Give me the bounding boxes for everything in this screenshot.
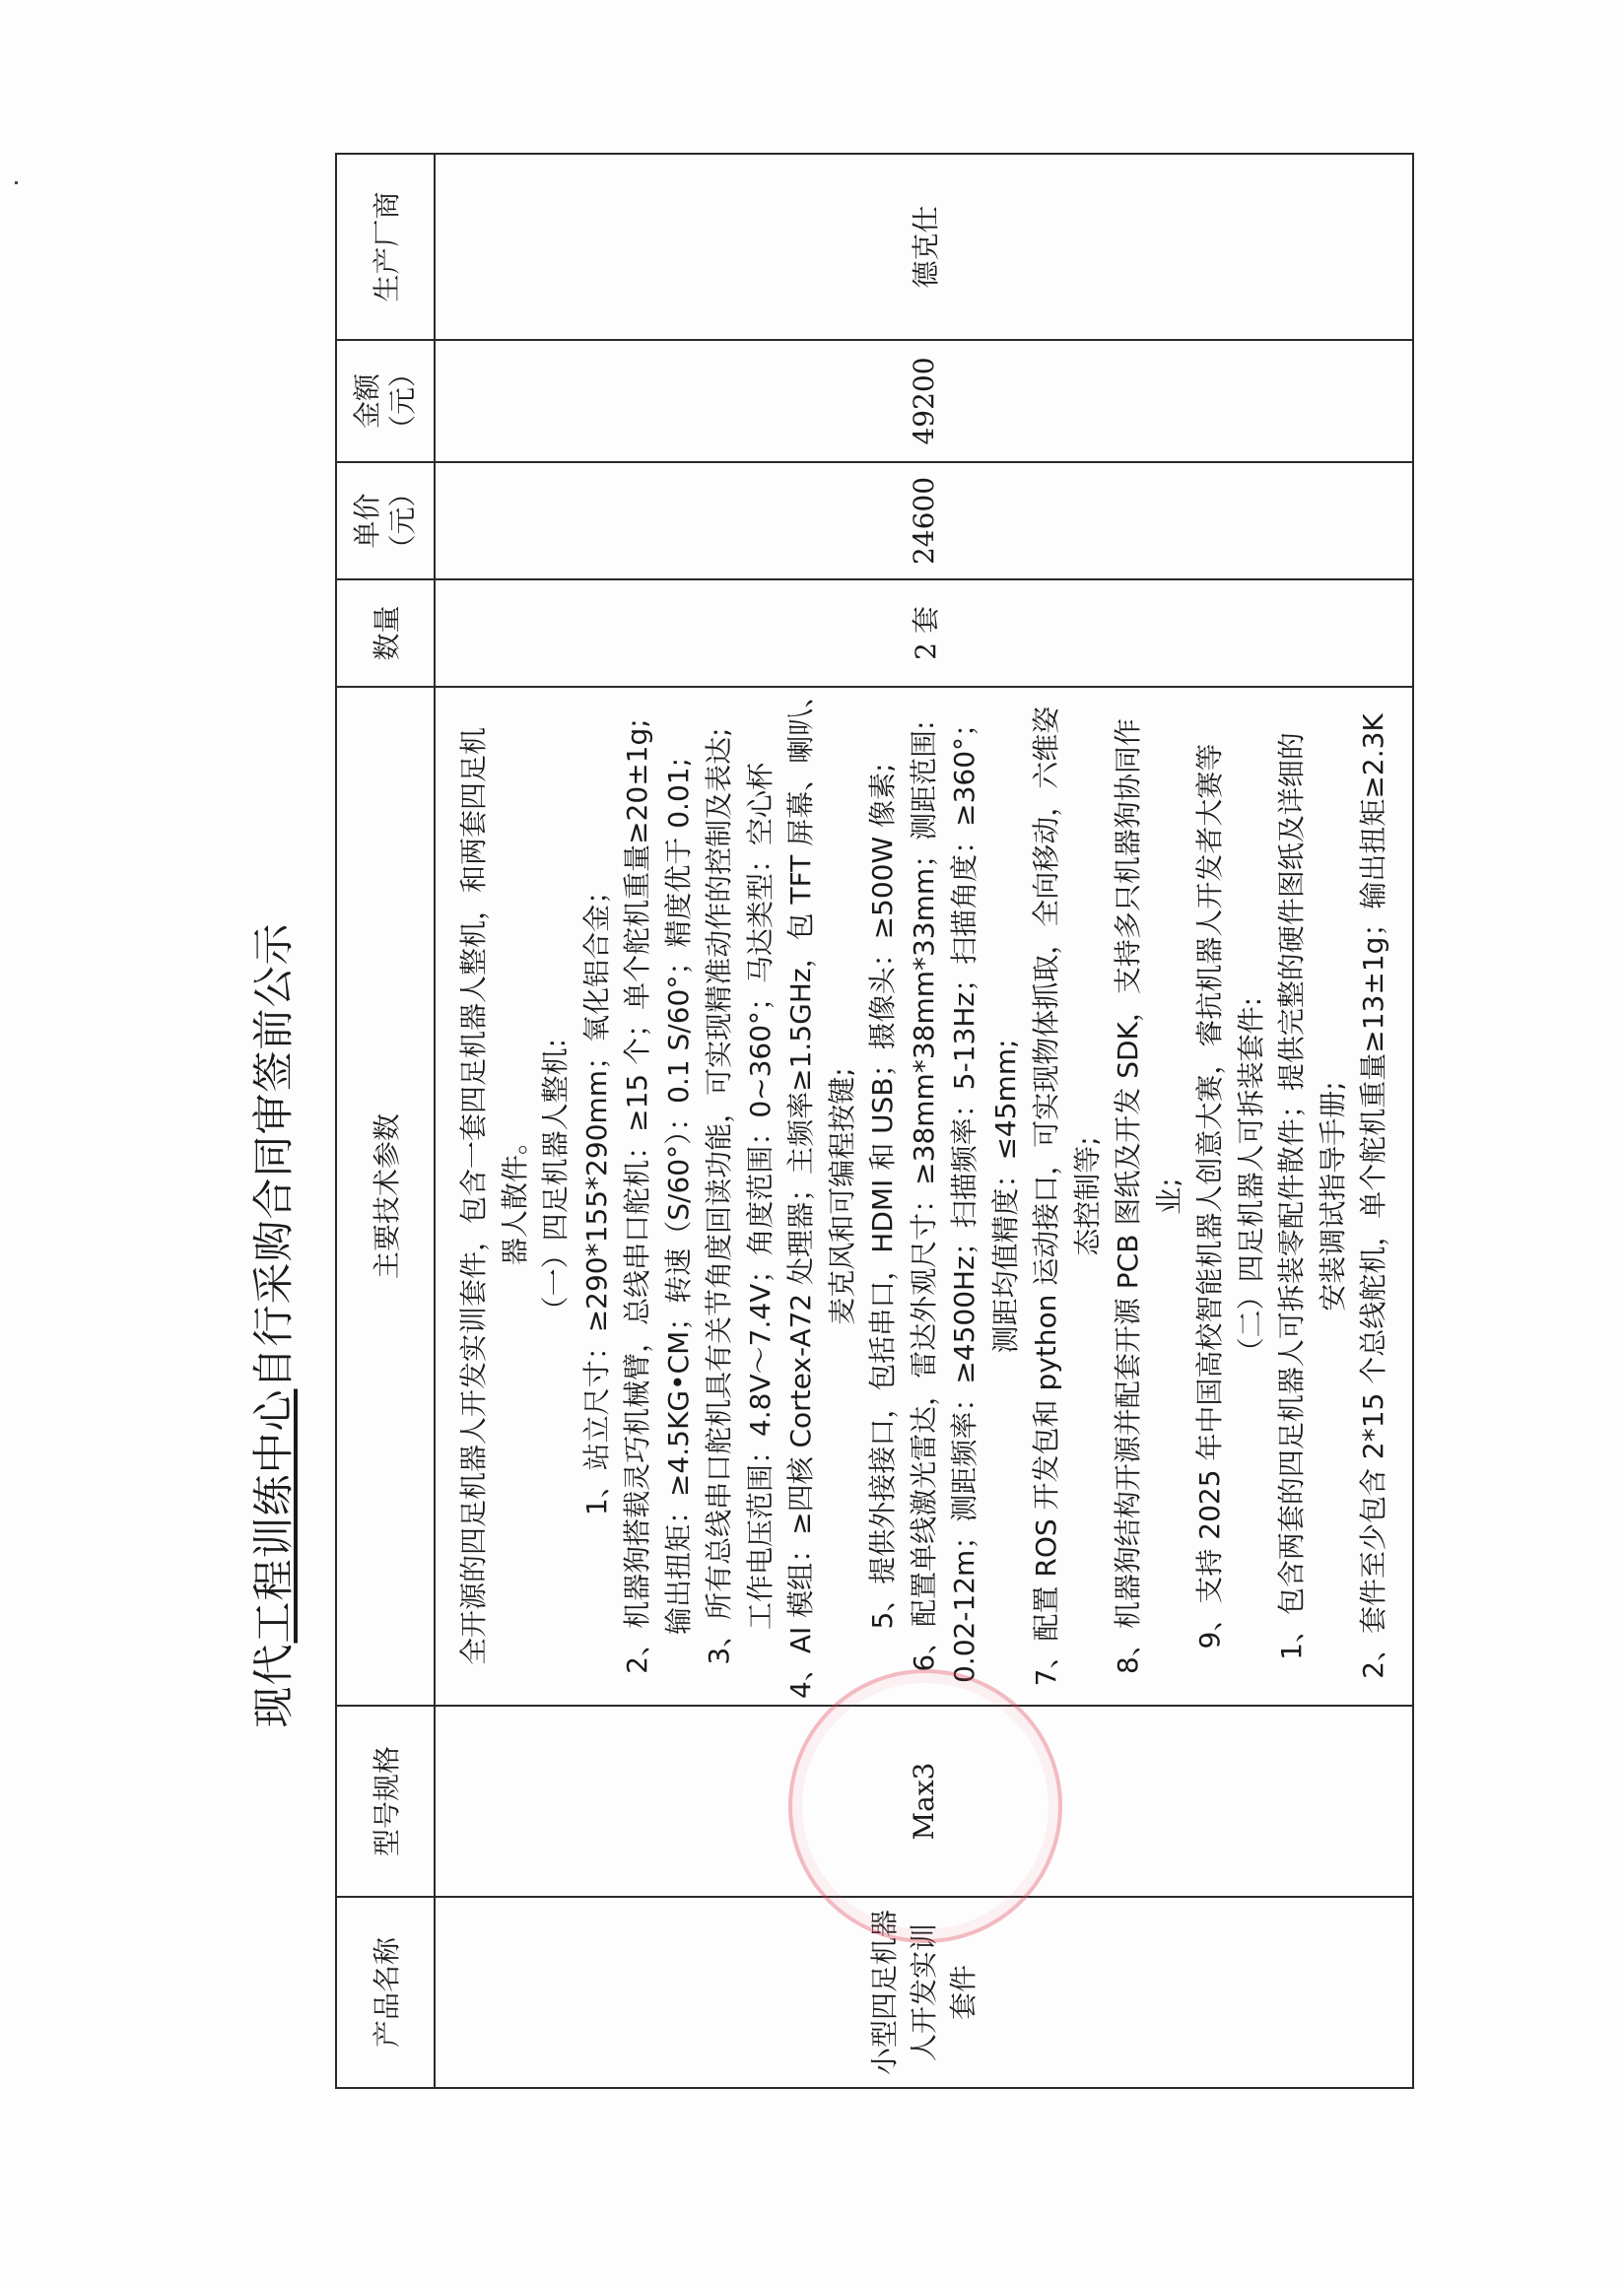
spec-line: 2、套件至少包含 2*15 个总线舵机，单个舵机重量≥13±1g；输出扭矩≥2.…: [1353, 694, 1394, 1699]
header-maker: 生产厂商: [336, 154, 435, 340]
spec-line: 安装调试指导手册;: [1313, 694, 1354, 1699]
spec-line: 全开源的四足机器人开发实训套件，包含一套四足机器人整机，和两套四足机: [453, 694, 495, 1699]
header-amount-line2: （元）: [386, 360, 419, 442]
cell-amount: 49200: [435, 340, 1413, 462]
title-prefix: 现代: [249, 1644, 298, 1728]
cell-maker: 德克仕: [435, 154, 1413, 340]
header-amount-line1: 金额: [351, 373, 383, 429]
spec-line: 测距均值精度：≤45mm;: [985, 694, 1027, 1699]
cell-unit-price: 24600: [435, 462, 1413, 579]
spec-line: 6、配置单线激光雷达，雷达外观尺寸：≥38mm*38mm*33mm；测距范围:: [904, 694, 945, 1699]
scan-speck: [15, 181, 18, 184]
document-page: 现代工程训练中心自行采购合同审签前公示 产品名称 型号规格 主要技术参数 数量 …: [0, 0, 1624, 2288]
product-line: 小型四足机器: [868, 1910, 901, 2075]
title-underlined: 工程训练中心: [249, 1389, 298, 1644]
spec-line: 业;: [1149, 694, 1190, 1699]
cell-qty: 2 套: [435, 579, 1413, 687]
spec-line: 1、包含两套的四足机器人可拆装零配件散件；提供完整的硬件图纸及详细的: [1271, 694, 1313, 1699]
product-line: 人开发实训: [908, 1923, 940, 2061]
table-header-row: 产品名称 型号规格 主要技术参数 数量 单价 （元） 金额 （元） 生产厂商: [336, 154, 435, 2088]
spec-line: 5、提供外接接口，包括串口，HDMI 和 USB；摄像头：≥500W 像素;: [862, 694, 904, 1699]
spec-line: 8、机器狗结构开源并配套开源 PCB 图纸及开发 SDK，支持多只机器狗协同作: [1108, 694, 1149, 1699]
spec-line: 器人散件。: [495, 694, 536, 1699]
table-row: 小型四足机器 人开发实训 套件 Max3 全开源的四足机器人开发实训套件，包含一…: [435, 154, 1413, 2088]
spec-line: 7、配置 ROS 开发包和 python 运动接口，可实现物体抓取，全向移动，六…: [1026, 694, 1067, 1699]
header-product: 产品名称: [336, 1897, 435, 2088]
page-title: 现代工程训练中心自行采购合同审签前公示: [241, 769, 301, 1882]
spec-line: 1、站立尺寸：≥290*155*290mm；氧化铝合金；: [576, 694, 618, 1699]
spec-line: （二）四足机器人可拆装套件:: [1231, 694, 1272, 1699]
header-unit-price: 单价 （元）: [336, 462, 435, 579]
spec-line: 3、所有总线串口舵机具有关节角度回读功能，可实现精准动作的控制及表达;: [699, 694, 740, 1699]
header-unit-price-line1: 单价: [351, 494, 383, 549]
spec-line: 麦克风和可编程按键;: [822, 694, 863, 1699]
spec-line: 4、AI 模组：≥四核 Cortex-A72 处理器；主频率≥1.5GHz，包 …: [780, 694, 822, 1699]
spec-line: 2、机器狗搭载灵巧机械臂，总线串口舵机：≥15 个；单个舵机重量≥20±1g;: [617, 694, 658, 1699]
header-unit-price-line2: （元）: [386, 480, 419, 563]
title-suffix: 自行采购合同审签前公示: [249, 922, 298, 1388]
spec-line: （一）四足机器人整机:: [535, 694, 576, 1699]
cell-product: 小型四足机器 人开发实训 套件: [435, 1897, 1413, 2088]
header-qty: 数量: [336, 579, 435, 687]
cell-model: Max3: [435, 1706, 1413, 1897]
header-spec: 主要技术参数: [336, 687, 435, 1706]
cell-spec: 全开源的四足机器人开发实训套件，包含一套四足机器人整机，和两套四足机器人散件。（…: [435, 687, 1413, 1706]
header-model: 型号规格: [336, 1706, 435, 1897]
product-line: 套件: [947, 1965, 980, 2020]
spec-line: 9、支持 2025 年中国高校智能机器人创意大赛，睿抗机器人开发者大赛等: [1189, 694, 1231, 1699]
header-amount: 金额 （元）: [336, 340, 435, 462]
spec-line: 态控制等;: [1067, 694, 1109, 1699]
procurement-table: 产品名称 型号规格 主要技术参数 数量 单价 （元） 金额 （元） 生产厂商 小…: [335, 153, 1414, 2089]
spec-line: 0.02-12m；测距频率：≥4500Hz；扫描频率：5-13Hz；扫描角度：≥…: [944, 694, 985, 1699]
spec-line: 输出扭矩：≥4.5KG•CM；转速（S/60°）：0.1 S/60°；精度优于 …: [658, 694, 700, 1699]
spec-line: 工作电压范围：4.8V～7.4V；角度范围：0~360°；马达类型：空心杯: [740, 694, 781, 1699]
